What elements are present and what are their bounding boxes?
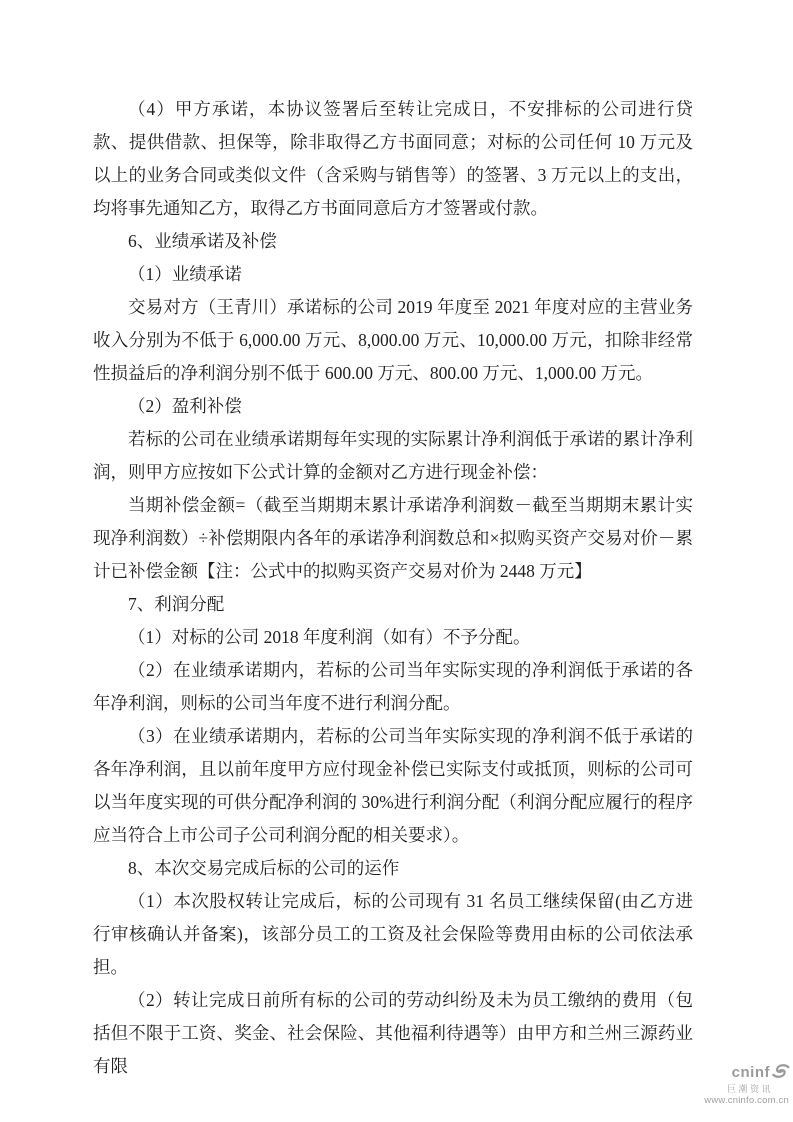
section-heading: 8、本次交易完成后标的公司的运作 <box>93 852 693 885</box>
document-body: （4）甲方承诺，本协议签署后至转让完成日，不安排标的公司进行贷款、提供借款、担保… <box>93 93 693 1083</box>
subsection-heading: （1）业绩承诺 <box>93 258 693 291</box>
paragraph: （4）甲方承诺，本协议签署后至转让完成日，不安排标的公司进行贷款、提供借款、担保… <box>93 93 693 225</box>
cninfo-logo: cninf 巨潮资讯 www.cninfo.com.cn <box>659 1063 789 1106</box>
section-heading: 6、业绩承诺及补偿 <box>93 225 693 258</box>
paragraph: （2）转让完成日前所有标的公司的劳动纠纷及未为员工缴纳的费用（包括但不限于工资、… <box>93 984 693 1083</box>
formula-paragraph: 当期补偿金额=（截至当期期末累计承诺净利润数－截至当期期末累计实现净利润数）÷补… <box>93 489 693 588</box>
paragraph: （2）在业绩承诺期内，若标的公司当年实际实现的净利润低于承诺的各年净利润，则标的… <box>93 654 693 720</box>
paragraph: 交易对方（王青川）承诺标的公司 2019 年度至 2021 年度对应的主营业务收… <box>93 291 693 390</box>
cninfo-brand-row: cninf <box>659 1063 789 1084</box>
cninfo-website: www.cninfo.com.cn <box>659 1096 789 1106</box>
paragraph: 若标的公司在业绩承诺期每年实现的实际累计净利润低于承诺的累计净利润，则甲方应按如… <box>93 423 693 489</box>
paragraph: （1）对标的公司 2018 年度利润（如有）不予分配。 <box>93 621 693 654</box>
cninfo-brand-text: cninf <box>732 1065 770 1082</box>
section-heading: 7、利润分配 <box>93 588 693 621</box>
subsection-heading: （2）盈利补偿 <box>93 390 693 423</box>
paragraph: （3）在业绩承诺期内，若标的公司当年实际实现的净利润不低于承诺的各年净利润，且以… <box>93 720 693 852</box>
document-page: （4）甲方承诺，本协议签署后至转让完成日，不安排标的公司进行贷款、提供借款、担保… <box>0 0 793 1122</box>
cninfo-chinese-name: 巨潮资讯 <box>659 1085 789 1095</box>
paragraph: （1）本次股权转让完成后，标的公司现有 31 名员工继续保留(由乙方进行审核确认… <box>93 885 693 984</box>
cninfo-swirl-icon <box>771 1063 791 1084</box>
